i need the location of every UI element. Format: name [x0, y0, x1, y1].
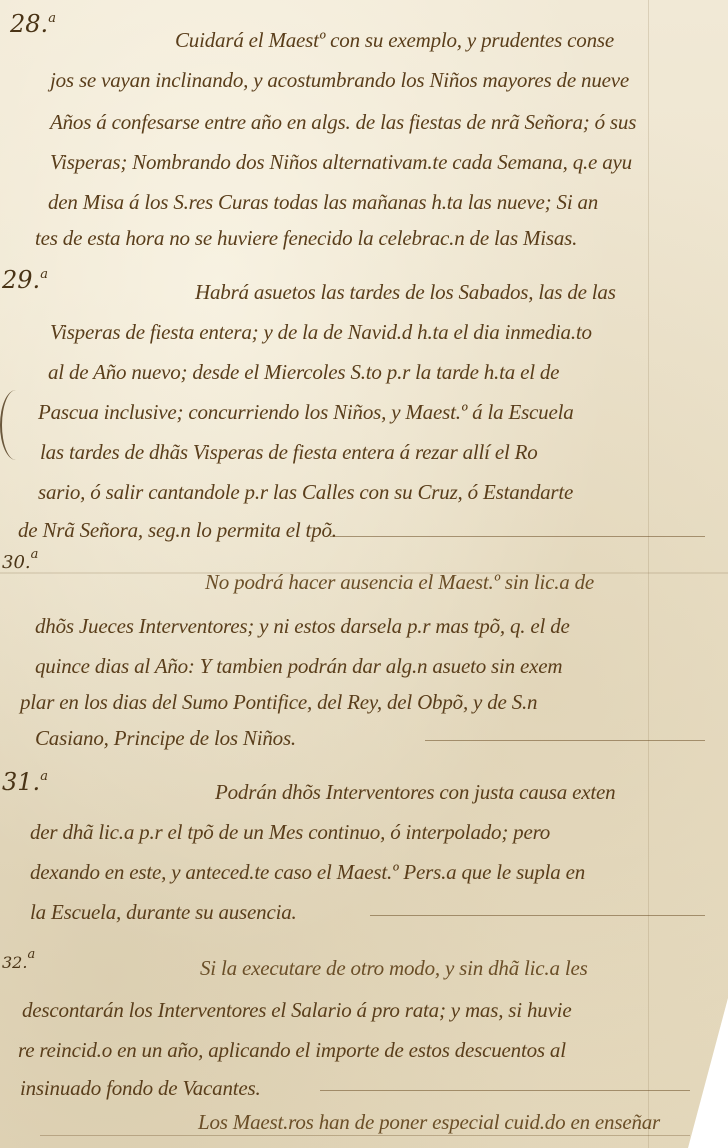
text-line: Si la executare de otro modo, y sin dhã …	[200, 958, 588, 979]
text-line: las tardes de dhãs Visperas de fiesta en…	[40, 442, 538, 463]
text-line: No podrá hacer ausencia el Maest.º sin l…	[205, 572, 594, 593]
text-line: quince dias al Año: Y tambien podrán dar…	[35, 656, 562, 677]
margin-flourish	[0, 390, 32, 460]
text-line: Visperas de fiesta entera; y de la de Na…	[50, 322, 592, 343]
text-line: Casiano, Principe de los Niños.	[35, 728, 296, 749]
text-line: al de Año nuevo; desde el Miercoles S.to…	[48, 362, 559, 383]
section-number-32: 32.a	[2, 948, 35, 971]
line-filler-rule	[330, 536, 705, 537]
text-line: plar en los dias del Sumo Pontifice, del…	[20, 692, 537, 713]
section-number-31: 31.a	[2, 770, 48, 794]
text-line: Los Maest.ros han de poner especial cuid…	[198, 1112, 660, 1133]
text-line: dhõs Jueces Interventores; y ni estos da…	[35, 616, 570, 637]
text-line: insinuado fondo de Vacantes.	[20, 1078, 261, 1099]
text-line: Cuidará el Maestº con su exemplo, y prud…	[175, 30, 614, 51]
line-filler-rule	[425, 740, 705, 741]
text-line: Visperas; Nombrando dos Niños alternativ…	[50, 152, 632, 173]
section-number-28: 28.a	[10, 12, 56, 36]
section-number-29: 29.a	[2, 268, 48, 292]
line-filler-rule	[320, 1090, 690, 1091]
line-filler-rule	[370, 915, 705, 916]
paper-fold-vertical	[648, 0, 649, 1148]
text-line: den Misa á los S.res Curas todas las mañ…	[48, 192, 598, 213]
text-line: der dhã lic.a p.r el tpõ de un Mes conti…	[30, 822, 550, 843]
text-line: sario, ó salir cantandole p.r las Calles…	[38, 482, 573, 503]
text-line: re reincid.o en un año, aplicando el imp…	[18, 1040, 566, 1061]
text-line: de Nrã Señora, seg.n lo permita el tpõ.	[18, 520, 337, 541]
text-line: jos se vayan inclinando, y acostumbrando…	[50, 70, 629, 91]
torn-page-corner	[688, 998, 728, 1148]
text-line: Años á confesarse entre año en algs. de …	[50, 112, 636, 133]
text-line: la Escuela, durante su ausencia.	[30, 902, 297, 923]
section-number-30: 30.a	[2, 548, 38, 572]
ruled-line	[40, 1135, 690, 1136]
text-line: Habrá asuetos las tardes de los Sabados,…	[195, 282, 616, 303]
text-line: dexando en este, y anteced.te caso el Ma…	[30, 862, 585, 883]
manuscript-page: 28.a Cuidará el Maestº con su exemplo, y…	[0, 0, 728, 1148]
text-line: Pascua inclusive; concurriendo los Niños…	[38, 402, 574, 423]
text-line: tes de esta hora no se huviere fenecido …	[35, 228, 577, 249]
text-line: Podrán dhõs Interventores con justa caus…	[215, 782, 615, 803]
text-line: descontarán los Interventores el Salario…	[22, 1000, 571, 1021]
